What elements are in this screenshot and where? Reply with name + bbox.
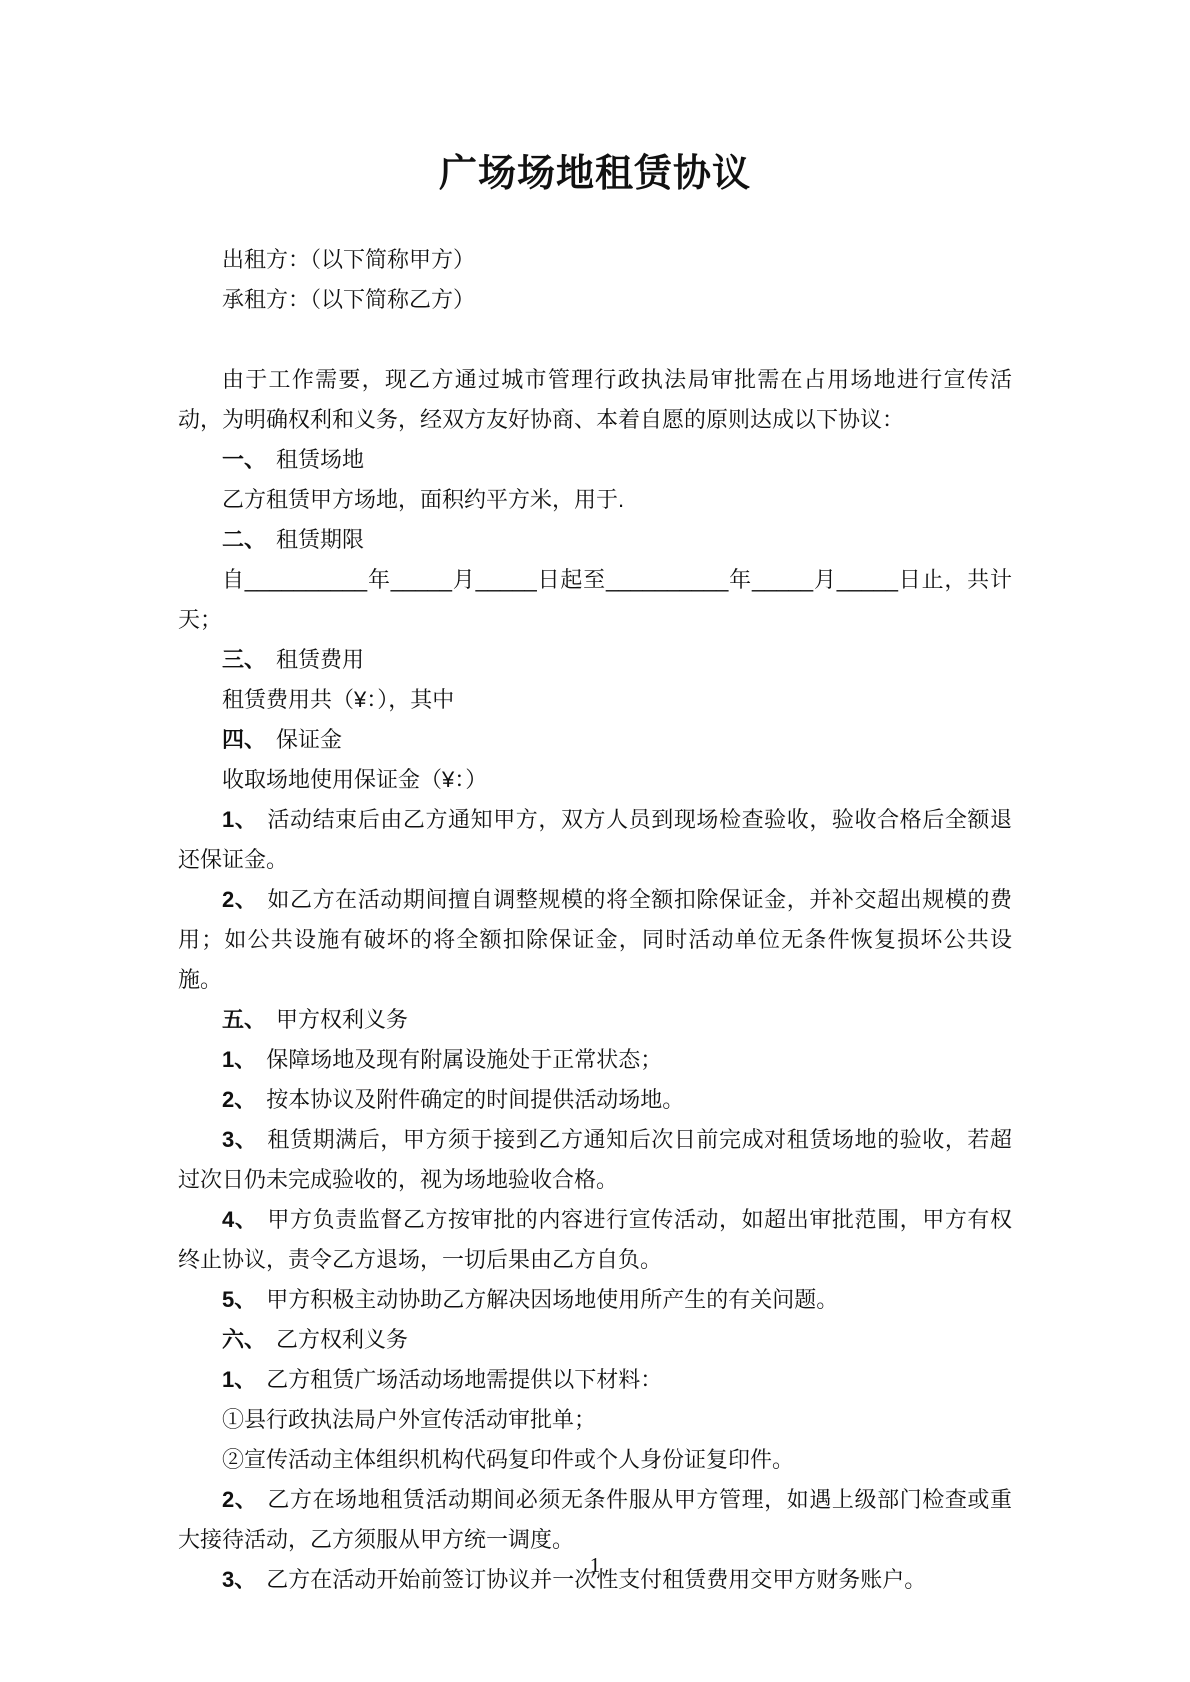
- list-item-text: 如乙方在活动期间擅自调整规模的将全额扣除保证金，并补交超出规模的费用；如公共设施…: [178, 887, 1012, 992]
- list-item-number: 1、: [222, 1047, 256, 1072]
- document-content: 广场场地租赁协议 出租方：（以下简称甲方） 承租方：（以下简称乙方） 由于工作需…: [178, 148, 1012, 1600]
- list-item: 4、甲方负责监督乙方按审批的内容进行宣传活动，如超出审批范围，甲方有权终止协议，…: [178, 1200, 1012, 1280]
- section-title-3: 租赁费用: [276, 647, 364, 672]
- section-marker-1: 一、: [222, 447, 266, 472]
- list-item-number: 2、: [222, 1487, 257, 1512]
- document-page: 广场场地租赁协议 出租方：（以下简称甲方） 承租方：（以下简称乙方） 由于工作需…: [0, 0, 1190, 1682]
- section-heading-2: 二、租赁期限: [178, 520, 1012, 560]
- lessee-line: 承租方：（以下简称乙方）: [178, 280, 1012, 320]
- section-title-6: 乙方权利义务: [276, 1327, 408, 1352]
- list-item-text: 保障场地及现有附属设施处于正常状态；: [266, 1047, 662, 1072]
- section-title-1: 租赁场地: [276, 447, 364, 472]
- list-item-text: 租赁期满后，甲方须于接到乙方通知后次日前完成对租赁场地的验收，若超过次日仍未完成…: [178, 1127, 1012, 1192]
- section-paragraph-3: 租赁费用共（¥：），其中: [178, 680, 1012, 720]
- list-item-number: 2、: [222, 887, 257, 912]
- list-item: 1、保障场地及现有附属设施处于正常状态；: [178, 1040, 1012, 1080]
- preamble-paragraph: 由于工作需要，现乙方通过城市管理行政执法局审批需在占用场地进行宣传活动，为明确权…: [178, 360, 1012, 440]
- section-heading-4: 四、保证金: [178, 720, 1012, 760]
- section-paragraph-4: 收取场地使用保证金（¥：）: [178, 760, 1012, 800]
- section-title-5: 甲方权利义务: [276, 1007, 408, 1032]
- section-marker-2: 二、: [222, 527, 266, 552]
- list-item: 3、租赁期满后，甲方须于接到乙方通知后次日前完成对租赁场地的验收，若超过次日仍未…: [178, 1120, 1012, 1200]
- list-item-number: 3、: [222, 1127, 257, 1152]
- list-item-number: 4、: [222, 1207, 257, 1232]
- list-item: 1、乙方租赁广场活动场地需提供以下材料：: [178, 1360, 1012, 1400]
- list-item-text: 乙方在场地租赁活动期间必须无条件服从甲方管理，如遇上级部门检查或重大接待活动，乙…: [178, 1487, 1012, 1552]
- list-item-text: 活动结束后由乙方通知甲方，双方人员到现场检查验收，验收合格后全额退还保证金。: [178, 807, 1012, 872]
- section-heading-6: 六、乙方权利义务: [178, 1320, 1012, 1360]
- section-heading-3: 三、租赁费用: [178, 640, 1012, 680]
- list-item-text: 乙方租赁广场活动场地需提供以下材料：: [266, 1367, 662, 1392]
- section-title-2: 租赁期限: [276, 527, 364, 552]
- list-item-number: 1、: [222, 1367, 256, 1392]
- list-item-number: 2、: [222, 1087, 256, 1112]
- list-item: 2、按本协议及附件确定的时间提供活动场地。: [178, 1080, 1012, 1120]
- section-heading-5: 五、甲方权利义务: [178, 1000, 1012, 1040]
- list-item: 1、活动结束后由乙方通知甲方，双方人员到现场检查验收，验收合格后全额退还保证金。: [178, 800, 1012, 880]
- section-marker-5: 五、: [222, 1007, 266, 1032]
- list-item-number: 5、: [222, 1287, 256, 1312]
- section-title-4: 保证金: [276, 727, 342, 752]
- page-number: 1: [0, 1550, 1190, 1580]
- list-item-text: 甲方负责监督乙方按审批的内容进行宣传活动，如超出审批范围，甲方有权终止协议，责令…: [178, 1207, 1012, 1272]
- section-marker-3: 三、: [222, 647, 266, 672]
- list-item-text: 甲方积极主动协助乙方解决因场地使用所产生的有关问题。: [266, 1287, 838, 1312]
- list-item: 2、乙方在场地租赁活动期间必须无条件服从甲方管理，如遇上级部门检查或重大接待活动…: [178, 1480, 1012, 1560]
- list-item-text: 按本协议及附件确定的时间提供活动场地。: [266, 1087, 684, 1112]
- section-paragraph-1: 乙方租赁甲方场地，面积约平方米，用于.: [178, 480, 1012, 520]
- section-paragraph-2-date-blanks: 自__________年_____月_____日起至__________年___…: [178, 560, 1012, 640]
- list-item: 5、甲方积极主动协助乙方解决因场地使用所产生的有关问题。: [178, 1280, 1012, 1320]
- section-marker-6: 六、: [222, 1327, 266, 1352]
- document-title: 广场场地租赁协议: [178, 148, 1012, 200]
- list-item: 2、如乙方在活动期间擅自调整规模的将全额扣除保证金，并补交超出规模的费用；如公共…: [178, 880, 1012, 1000]
- blank-line: [178, 320, 1012, 360]
- section-marker-4: 四、: [222, 727, 266, 752]
- sub-item-circled-1: ①县行政执法局户外宣传活动审批单；: [178, 1400, 1012, 1440]
- list-item-number: 1、: [222, 807, 257, 832]
- lessor-line: 出租方：（以下简称甲方）: [178, 240, 1012, 280]
- sub-item-circled-2: ②宣传活动主体组织机构代码复印件或个人身份证复印件。: [178, 1440, 1012, 1480]
- section-heading-1: 一、租赁场地: [178, 440, 1012, 480]
